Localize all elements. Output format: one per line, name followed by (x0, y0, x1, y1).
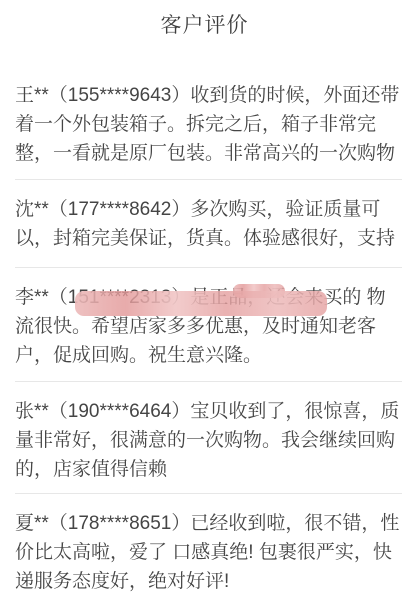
reviewer-name: 李** (15, 287, 49, 308)
review-list: 王**（155****9643）收到货的时候，外面还带着一个外包装箱子。拆完之后… (0, 38, 409, 595)
page-title: 客户评价 (0, 0, 409, 38)
reviewer-phone: （151****2313） (49, 287, 191, 308)
reviewer-name: 张** (15, 401, 49, 422)
reviewer-phone: （155****9643） (49, 85, 191, 106)
review-item-4: 张**（190****6464）宝贝收到了，很惊喜，质量非常好，很满意的一次购物… (15, 381, 402, 493)
review-text: 夏**（178****8651）已经收到啦，很不错，性价比太高啦，爱了 口感真绝… (15, 509, 400, 595)
reviewer-phone: （177****8642） (49, 199, 191, 220)
review-item-2: 沈**（177****8642）多次购买，验证质量可以，封箱完美保证，货真。体验… (15, 179, 402, 267)
review-item-5: 夏**（178****8651）已经收到啦，很不错，性价比太高啦，爱了 口感真绝… (15, 493, 402, 595)
review-item-1: 王**（155****9643）收到货的时候，外面还带着一个外包装箱子。拆完之后… (15, 38, 402, 179)
review-text: 王**（155****9643）收到货的时候，外面还带着一个外包装箱子。拆完之后… (15, 81, 400, 168)
reviewer-name: 沈** (15, 199, 49, 220)
review-text: 沈**（177****8642）多次购买，验证质量可以，封箱完美保证，货真。体验… (15, 195, 400, 253)
review-text: 李**（151****2313）是正品，还会来买的 物流很快。希望店家多多优惠，… (15, 283, 400, 370)
reviewer-name: 夏** (15, 513, 49, 534)
review-text: 张**（190****6464）宝贝收到了，很惊喜，质量非常好，很满意的一次购物… (15, 397, 400, 484)
review-item-3: 李**（151****2313）是正品，还会来买的 物流很快。希望店家多多优惠，… (15, 267, 402, 381)
reviewer-name: 王** (15, 85, 49, 106)
reviewer-phone: （178****8651） (49, 513, 191, 534)
reviewer-phone: （190****6464） (49, 401, 191, 422)
